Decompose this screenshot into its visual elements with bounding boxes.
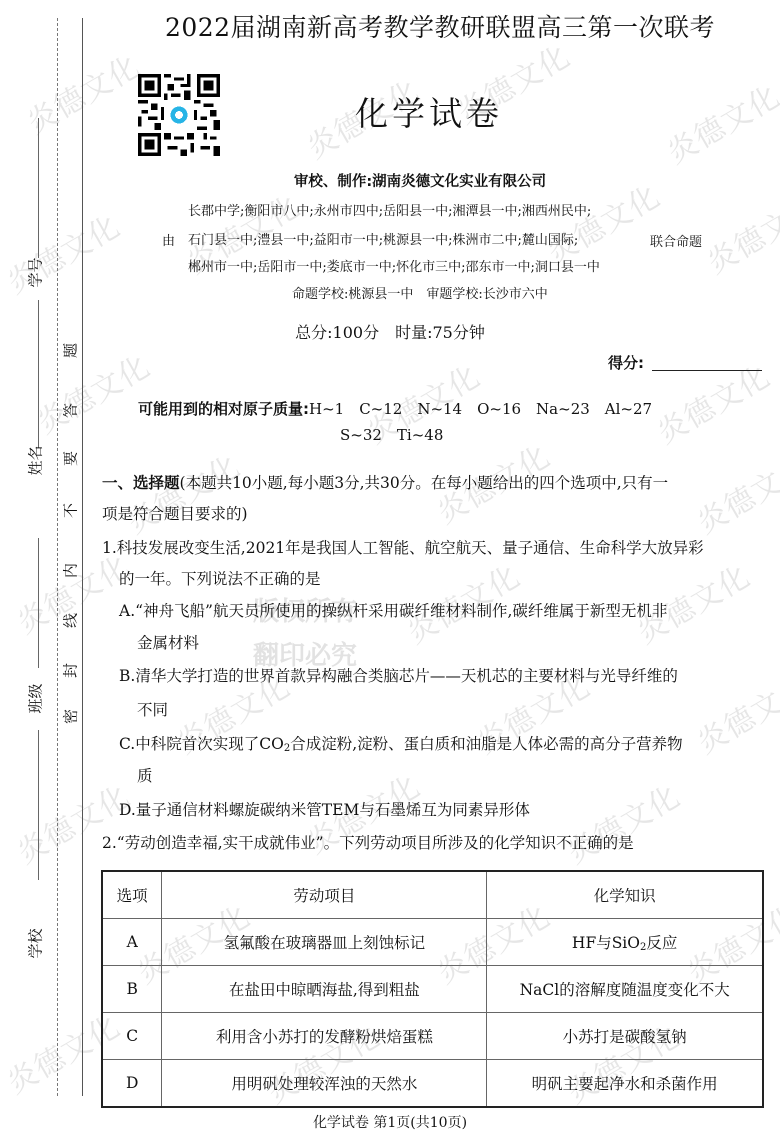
name-blank[interactable]: [38, 300, 39, 448]
seal-warning-char: 封: [60, 661, 81, 681]
watermark: 炎德文化: [657, 72, 780, 172]
question-2-stem: 2.“劳动创造幸福,实干成就伟业”。下列劳动项目所涉及的化学知识不正确的是: [102, 833, 634, 853]
field-label-school: 学校: [25, 928, 46, 958]
atomic-mass-values: S~32 Ti~48: [340, 424, 443, 445]
subject-title: 化学试卷: [355, 88, 503, 135]
option-cell: A: [102, 919, 162, 966]
seal-warning-char: 不: [60, 501, 81, 521]
section-instructions: (本题共10小题,每小题3分,共30分。在每小题给出的四个选项中,只有一: [180, 474, 669, 492]
task-cell: 氢氟酸在玻璃器皿上刻蚀标记: [162, 919, 487, 966]
binding-solid-line: [82, 18, 83, 1096]
option-1c[interactable]: C.中科院首次实现了CO2合成淀粉,淀粉、蛋白质和油脂是人体必需的高分子营养物: [119, 734, 683, 759]
seal-warning-char: 题: [60, 341, 81, 361]
seal-warning-char: 答: [60, 401, 81, 421]
table-row[interactable]: C 利用含小苏打的发酵粉烘焙蛋糕 小苏打是碳酸氢钠: [102, 1013, 763, 1060]
option-1b-cont: 不同: [137, 700, 168, 720]
option-1d[interactable]: D.量子通信材料螺旋碳纳米管TEM与石墨烯互为同素异形体: [119, 800, 530, 820]
question-1-stem: 的一年。下列说法不正确的是: [119, 569, 321, 589]
task-cell: 用明矾处理较浑浊的天然水: [162, 1060, 487, 1108]
seal-warning-char: 密: [60, 707, 81, 727]
option-1a-cont: 金属材料: [137, 633, 199, 653]
task-cell: 在盐田中晾晒海盐,得到粗盐: [162, 966, 487, 1013]
knowledge-cell: 明矾主要起净水和杀菌作用: [487, 1060, 763, 1108]
seal-warning-char: 要: [60, 449, 81, 469]
table-row[interactable]: A 氢氟酸在玻璃器皿上刻蚀标记 HF与SiO2反应: [102, 919, 763, 966]
watermark: 炎德文化: [0, 202, 127, 302]
watermark: 炎德文化: [557, 772, 686, 872]
by-label: 由: [162, 230, 175, 249]
field-label-name: 姓名: [25, 445, 46, 475]
score-blank[interactable]: [652, 370, 762, 371]
option-1b[interactable]: B.清华大学打造的世界首款异构融合类脑芯片——天机芯的主要材料与光导纤维的: [119, 666, 678, 686]
school-blank[interactable]: [38, 730, 39, 880]
knowledge-text: 反应: [646, 934, 677, 952]
option-cell: B: [102, 966, 162, 1013]
table-header: 化学知识: [487, 871, 763, 919]
table-header: 选项: [102, 871, 162, 919]
option-text: C.中科院首次实现了CO: [119, 735, 284, 753]
class-blank[interactable]: [38, 538, 39, 668]
watermark: 炎德文化: [27, 342, 156, 442]
knowledge-cell: HF与SiO2反应: [487, 919, 763, 966]
task-cell: 利用含小苏打的发酵粉烘焙蛋糕: [162, 1013, 487, 1060]
watermark: 炎德文化: [7, 772, 136, 872]
producer-line: 审校、制作:湖南炎德文化实业有限公司: [120, 170, 720, 191]
atomic-mass-label: 可能用到的相对原子质量:: [138, 400, 309, 418]
schools-line: 长郡中学;衡阳市八中;永州市四中;岳阳县一中;湘潭县一中;湘西州民中;: [188, 200, 591, 219]
schools-line: 郴州市一中;岳阳市一中;娄底市一中;怀化市三中;邵东市一中;洞口县一中: [188, 256, 600, 275]
watermark: 炎德文化: [687, 442, 780, 542]
table-row[interactable]: D 用明矾处理较浑浊的天然水 明矾主要起净水和杀菌作用: [102, 1060, 763, 1108]
joint-label: 联合命题: [650, 231, 702, 250]
knowledge-cell: NaCl的溶解度随温度变化不大: [487, 966, 763, 1013]
knowledge-text: HF与SiO: [572, 934, 640, 952]
page-footer: 化学试卷 第1页(共10页): [100, 1112, 680, 1132]
table-row[interactable]: B 在盐田中晾晒海盐,得到粗盐 NaCl的溶解度随温度变化不大: [102, 966, 763, 1013]
option-cell: C: [102, 1013, 162, 1060]
knowledge-cell: 小苏打是碳酸氢钠: [487, 1013, 763, 1060]
option-1c-cont: 质: [137, 766, 153, 786]
section-instructions: 项是符合题目要求的): [102, 504, 248, 524]
option-1a[interactable]: A.“神舟飞船”航天员所使用的操纵杆采用碳纤维材料制作,碳纤维属于新型无机非: [119, 601, 667, 621]
atomic-mass-values: H~1 C~12 N~14 O~16 Na~23 Al~27: [309, 400, 652, 418]
exam-title: 2022届湖南新高考教学教研联盟高三第一次联考: [100, 8, 780, 44]
binding-dotted-line: [57, 18, 58, 1096]
watermark: 炎德文化: [697, 182, 780, 282]
schools-line: 石门县一中;澧县一中;益阳市一中;桃源县一中;株洲市二中;麓山国际;: [188, 229, 578, 248]
student-id-blank[interactable]: [38, 118, 39, 258]
seal-warning-char: 内: [60, 561, 81, 581]
seal-warning-char: 线: [60, 611, 81, 631]
section-title: 一、选择题: [102, 474, 180, 492]
table-header-row: 选项 劳动项目 化学知识: [102, 871, 763, 919]
atomic-mass-line: 可能用到的相对原子质量:H~1 C~12 N~14 O~16 Na~23 Al~…: [138, 398, 652, 419]
table-header: 劳动项目: [162, 871, 487, 919]
section-header: 一、选择题(本题共10小题,每小题3分,共30分。在每小题给出的四个选项中,只有…: [102, 473, 668, 493]
watermark: 炎德文化: [647, 352, 776, 452]
option-cell: D: [102, 1060, 162, 1108]
score-time-line: 总分:100分 时量:75分钟: [120, 320, 660, 343]
question-2-table: 选项 劳动项目 化学知识 A 氢氟酸在玻璃器皿上刻蚀标记 HF与SiO2反应 B…: [101, 870, 764, 1108]
qr-code-icon[interactable]: [138, 74, 220, 156]
watermark: 炎德文化: [687, 662, 780, 762]
score-label: 得分:: [608, 352, 644, 373]
setter-line: 命题学校:桃源县一中 审题学校:长沙市六中: [292, 283, 548, 302]
option-text: 合成淀粉,淀粉、蛋白质和油脂是人体必需的高分子营养物: [290, 735, 682, 753]
field-label-student-id: 学号: [25, 257, 46, 287]
field-label-class: 班级: [25, 683, 46, 713]
question-1-stem: 1.科技发展改变生活,2021年是我国人工智能、航空航天、量子通信、生命科学大放…: [102, 538, 704, 558]
